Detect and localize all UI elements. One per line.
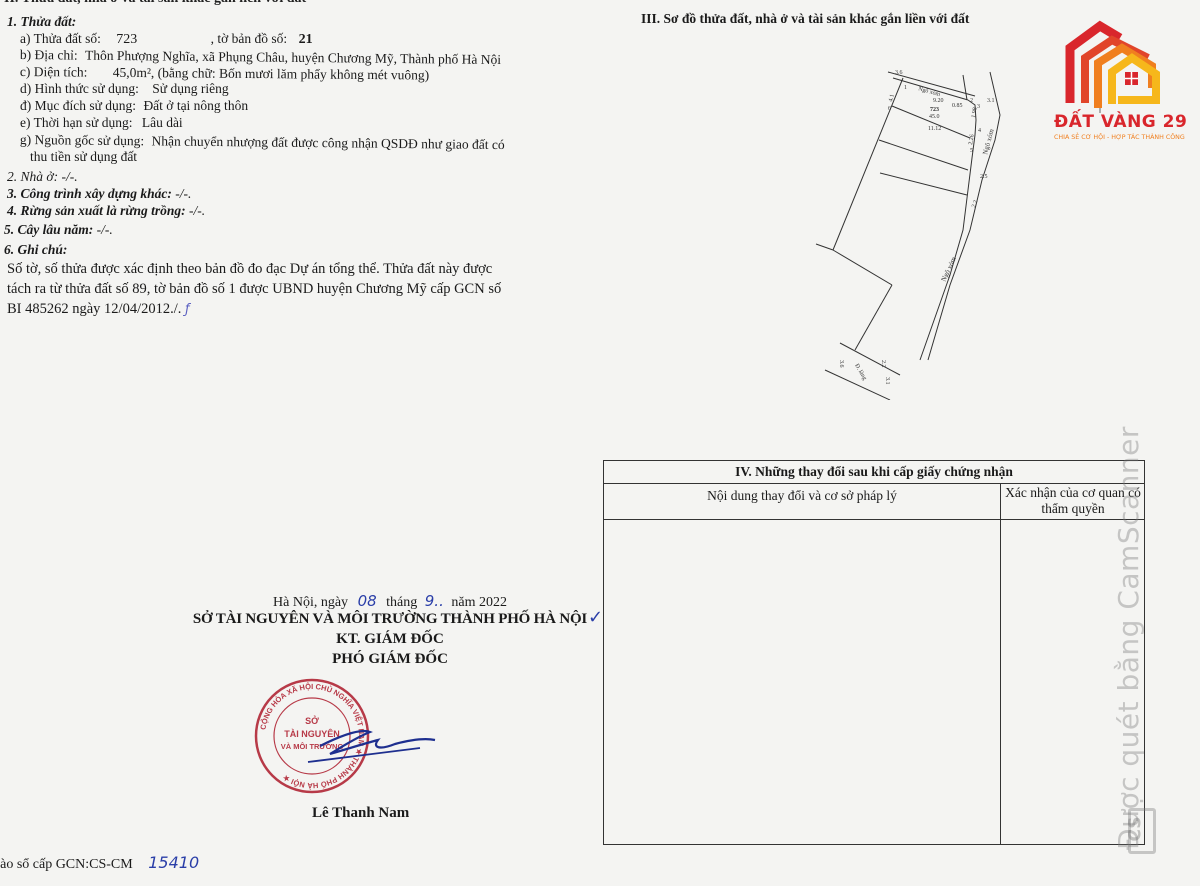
svg-text:6: 6 xyxy=(888,106,891,112)
use-form-row: d) Hình thức sử dụng: Sử dụng riêng xyxy=(20,81,229,97)
area-value: 45,0m², (bằng chữ: Bốn mươi lăm phẩy khô… xyxy=(113,65,430,83)
use-form-value: Sử dụng riêng xyxy=(152,81,228,96)
section-2-header-cut: II. Thửa đất, nhà ở và tài sản khác gắn … xyxy=(4,0,306,7)
svg-text:1.98: 1.98 xyxy=(971,107,979,118)
brand-logo: ĐẤT VÀNG 29 CHIA SẺ CƠ HỘI - HỢP TÁC THÀ… xyxy=(1040,8,1190,148)
term-row: e) Thời hạn sử dụng: Lâu dài xyxy=(20,115,183,131)
notes-line-3: BI 485262 ngày 12/04/2012./. ƒ xyxy=(7,300,190,319)
issuing-org: SỞ TÀI NGUYÊN VÀ MÔI TRƯỜNG THÀNH PHỐ HÀ… xyxy=(160,611,620,628)
perennial-label: 5. Cây lâu năm: xyxy=(4,222,93,237)
term-value: Lâu dài xyxy=(142,115,183,130)
perennial-value: -/-. xyxy=(97,222,113,237)
map-sheet-label: , tờ bản đồ số: xyxy=(211,31,288,46)
dim-9-20: 9.20 xyxy=(933,98,944,104)
purpose-value: Đất ở tại nông thôn xyxy=(143,98,248,113)
svg-text:3.1: 3.1 xyxy=(884,377,890,385)
section-other-construction: 3. Công trình xây dựng khác: -/-. xyxy=(7,186,191,202)
vertex-1: 1 xyxy=(904,85,907,91)
svg-text:2.2: 2.2 xyxy=(971,200,979,209)
issue-book-number: 15410 xyxy=(148,853,199,872)
signer-name: Lê Thanh Nam xyxy=(312,805,409,822)
dim-label: 3.6 xyxy=(895,70,903,76)
address-label: b) Địa chỉ: xyxy=(20,47,78,63)
handwritten-signature xyxy=(300,718,440,768)
svg-text:2.2: 2.2 xyxy=(880,360,886,368)
section-notes-title: 6. Ghi chú: xyxy=(4,242,67,258)
day-handwritten: 08 xyxy=(358,592,377,610)
area-label: c) Diện tích: xyxy=(20,64,88,80)
svg-text:4.1: 4.1 xyxy=(888,94,896,103)
camscanner-watermark: Được quét bằng CamScanner xyxy=(1112,426,1145,850)
svg-text:2.5: 2.5 xyxy=(980,174,988,180)
parcel-id-label: 723 xyxy=(930,107,939,113)
month-handwritten: 9.. xyxy=(425,592,444,610)
use-form-label: d) Hình thức sử dụng: xyxy=(20,81,139,96)
section-forest: 4. Rừng sản xuất là rừng trồng: -/-. xyxy=(7,203,205,219)
svg-text:5: 5 xyxy=(970,148,973,154)
notes-line-2: tách ra từ thửa đất số 89, tờ bản đồ số … xyxy=(7,280,501,298)
svg-text:3.6: 3.6 xyxy=(838,360,844,368)
forest-value: -/-. xyxy=(189,203,205,218)
parcel-number-row: a) Thửa đất số: 723 , tờ bản đồ số: 21 xyxy=(20,31,313,48)
purpose-row: đ) Mục đích sử dụng: Đất ở tại nông thôn xyxy=(20,98,248,114)
org-initial-mark: ✓ xyxy=(588,607,603,628)
parcel-area-label: 45.0 xyxy=(929,114,940,120)
svg-text:Ngõ xóm: Ngõ xóm xyxy=(981,128,996,156)
signer-role-2: PHÓ GIÁM ĐỐC xyxy=(160,651,620,668)
signer-role-1: KT. GIÁM ĐỐC xyxy=(160,631,620,648)
purpose-label: đ) Mục đích sử dụng: xyxy=(20,98,136,113)
changes-table: IV. Những thay đổi sau khi cấp giấy chứn… xyxy=(603,460,1145,845)
notes-line-1: Số tờ, số thửa được xác định theo bản đồ… xyxy=(7,260,492,278)
house-value: -/-. xyxy=(61,169,77,184)
origin-value-cont: thu tiền sử dụng đất xyxy=(30,149,137,165)
dim-0-85: 0.85 xyxy=(952,103,963,109)
notes-line-3-text: BI 485262 ngày 12/04/2012./. xyxy=(7,301,181,317)
origin-value: Nhận chuyển nhượng đất được công nhận QS… xyxy=(152,133,505,152)
svg-text:Đ. làng: Đ. làng xyxy=(853,363,867,381)
parcel-label: a) Thửa đất số: xyxy=(20,31,101,47)
svg-text:3.1: 3.1 xyxy=(987,98,995,104)
initial-mark: ƒ xyxy=(185,302,190,317)
other-construction-value: -/-. xyxy=(175,186,191,201)
changes-table-title: IV. Những thay đổi sau khi cấp giấy chứn… xyxy=(604,461,1144,484)
other-construction-label: 3. Công trình xây dựng khác: xyxy=(7,186,172,201)
section-1-title: 1. Thửa đất: xyxy=(7,14,76,30)
month-label: tháng xyxy=(386,595,417,610)
section-3-title: III. Sơ đồ thửa đất, nhà ở và tài sản kh… xyxy=(641,11,969,27)
plot-diagram: 3.6 1 Ngõ xóm 9.20 723 45.0 0.85 2 3 3.1… xyxy=(800,60,1030,400)
svg-text:Ngõ xóm: Ngõ xóm xyxy=(917,86,941,98)
camscanner-badge-icon: CS xyxy=(1128,808,1156,854)
map-sheet-number: 21 xyxy=(299,32,313,47)
svg-text:4: 4 xyxy=(978,128,981,134)
column-header-content: Nội dung thay đổi và cơ sở pháp lý xyxy=(604,488,1000,504)
brand-tagline: CHIA SẺ CƠ HỘI - HỢP TÁC THÀNH CÔNG xyxy=(1054,134,1185,141)
svg-text:2.26: 2.26 xyxy=(968,134,976,145)
issue-book-row: Vào sổ cấp GCN:CS-CM 15410 xyxy=(0,853,199,873)
origin-label: g) Nguồn gốc sử dụng: xyxy=(20,132,144,148)
dim-11-12: 11.12 xyxy=(928,126,941,132)
column-divider xyxy=(1000,483,1001,844)
place-date-prefix: Hà Nội, ngày xyxy=(273,595,348,610)
section-house: 2. Nhà ở: -/-. xyxy=(7,169,78,185)
camscanner-badge-text: CS xyxy=(1126,816,1146,841)
changes-table-header: Nội dung thay đổi và cơ sở pháp lý Xác n… xyxy=(604,483,1144,520)
parcel-number: 723 xyxy=(116,32,137,47)
brand-name: ĐẤT VÀNG 29 xyxy=(1054,112,1187,132)
place-date: Hà Nội, ngày 08 tháng 9.. năm 2022 xyxy=(160,592,620,611)
year-label: năm 2022 xyxy=(451,595,507,610)
section-perennial: 5. Cây lâu năm: -/-. xyxy=(4,222,113,238)
svg-text:2: 2 xyxy=(970,98,973,104)
house-logo-icon xyxy=(1040,8,1190,113)
term-label: e) Thời hạn sử dụng: xyxy=(20,115,132,130)
house-label: 2. Nhà ở: xyxy=(7,169,58,184)
forest-label: 4. Rừng sản xuất là rừng trồng: xyxy=(7,203,186,218)
issue-book-label: Vào sổ cấp GCN:CS-CM xyxy=(0,857,133,872)
